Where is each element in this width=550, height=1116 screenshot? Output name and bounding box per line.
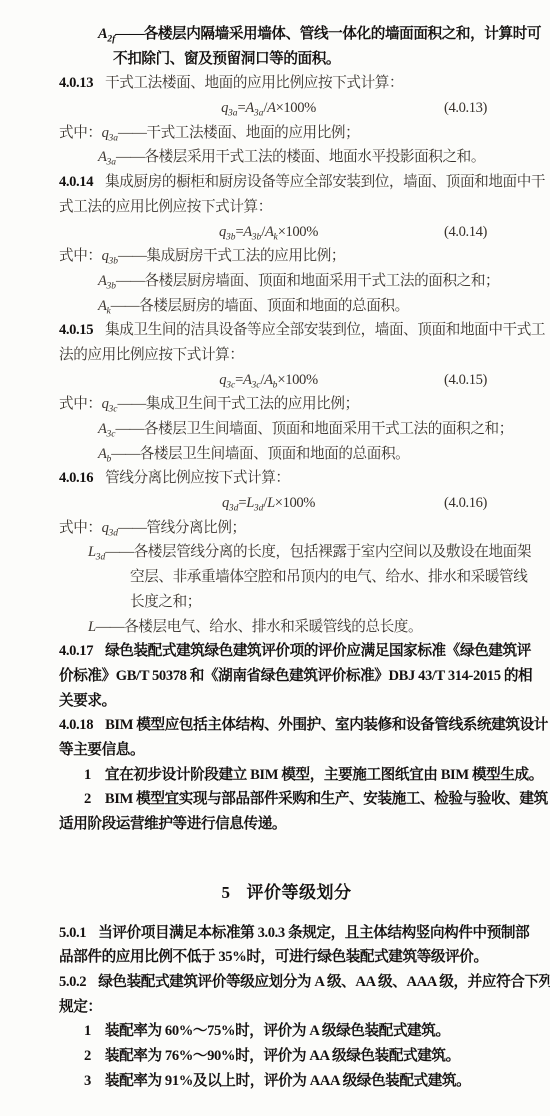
equation-number: (4.0.13) <box>444 96 487 121</box>
text-run: 管线分离比例应按下式计算： <box>105 470 290 486</box>
doc-line: 3装配率为 91%及以上时，评价为 AAA 级绿色装配式建筑。 <box>84 1069 514 1094</box>
text-run: ×100% <box>275 495 315 511</box>
doc-line: 5.0.1当评价项目满足本标准第 3.0.3 条规定，且主体结构竖向构件中预制部 <box>59 921 514 946</box>
text-run: 装配率为 60%～75%时，评价为 A 级绿色装配式建筑。 <box>105 1023 450 1039</box>
text-run: 式工法的应用比例应按下式计算： <box>59 199 272 215</box>
text-run: ——集成卫生间干式工法的应用比例； <box>117 396 358 412</box>
text-run: 等主要信息。 <box>59 742 144 758</box>
text-run: BIM 模型应包括主体结构、外围护、室内装修和设备管线系统建筑设计 <box>105 717 548 733</box>
text-run: 当评价项目满足本标准第 3.0.3 条规定，且主体结构竖向构件中预制部 <box>98 925 529 941</box>
doc-line: 4.0.13干式工法楼面、地面的应用比例应按下式计算： <box>59 71 514 96</box>
clause-number: 2 <box>84 1048 91 1064</box>
equation-number: (4.0.16) <box>444 491 487 516</box>
clause-number: 5 <box>222 883 231 902</box>
math-symbol: A3a <box>245 100 263 116</box>
math-symbol: A3b <box>98 273 116 289</box>
text-run: ——各楼层内隔墙采用墙体、管线一体化的墙面面积之和，计算时可 <box>115 26 541 42</box>
text-run: 长度之和； <box>130 594 201 610</box>
text-run: 装配率为 91%及以上时，评价为 AAA 级绿色装配式建筑。 <box>105 1073 470 1089</box>
math-symbol: q3b <box>102 248 118 264</box>
formula-line: q3d=L3d/L×100%(4.0.16) <box>59 491 514 516</box>
doc-line: 等主要信息。 <box>59 738 514 763</box>
text-run: 装配率为 76%～90%时，评价为 AA 级绿色装配式建筑。 <box>105 1048 460 1064</box>
clause-number: 4.0.13 <box>59 75 93 91</box>
equation: q3a=A3a/A×100% <box>221 96 316 121</box>
text-run: 式中： <box>59 125 102 141</box>
math-symbol: A3b <box>243 224 261 240</box>
doc-line: 式中：q3b——集成厨房干式工法的应用比例； <box>59 244 514 269</box>
math-symbol: A3c <box>243 372 260 388</box>
equation: q3c=A3c/Ab×100% <box>219 368 317 393</box>
text-run: ——管线分离比例； <box>118 520 246 536</box>
doc-line: 空层、非承重墙体空腔和吊顶内的电气、给水、排水和采暖管线 <box>130 565 514 590</box>
math-symbol: L <box>267 495 275 511</box>
text-run: 评价等级划分 <box>247 883 352 902</box>
doc-line: 规定： <box>59 995 514 1020</box>
clause-number: 3 <box>84 1073 91 1089</box>
text-run: ——干式工法楼面、地面的应用比例； <box>118 125 359 141</box>
text-run: 价标准》GB/T 50378 和《湖南省绿色建筑评价标准》DBJ 43/T 31… <box>59 668 532 684</box>
text-run: BIM 模型宜实现与部品部件采购和生产、安装施工、检验与验收、建筑 <box>105 791 548 807</box>
doc-line: 4.0.17绿色装配式建筑绿色建筑评价项的评价应满足国家标准《绿色建筑评 <box>59 639 514 664</box>
section-heading: 5评价等级划分 <box>59 881 514 905</box>
doc-line: 2装配率为 76%～90%时，评价为 AA 级绿色装配式建筑。 <box>84 1044 514 1069</box>
doc-line: 式中：q3a——干式工法楼面、地面的应用比例； <box>59 121 514 146</box>
doc-line: L3d——各楼层管线分离的长度，包括裸露于室内空间以及敷设在地面架 <box>88 540 514 565</box>
clause-number: 4.0.18 <box>59 717 93 733</box>
text-run: = <box>235 372 243 388</box>
doc-line: A3c——各楼层卫生间墙面、顶面和地面采用干式工法的面积之和； <box>98 417 514 442</box>
math-symbol: q3d <box>102 520 118 536</box>
math-symbol: q3a <box>221 100 237 116</box>
math-symbol: L3d <box>88 544 105 560</box>
clause-number: 4.0.17 <box>59 643 93 659</box>
math-symbol: Ab <box>264 372 277 388</box>
math-symbol: q3a <box>102 125 118 141</box>
doc-line: 式中：q3c——集成卫生间干式工法的应用比例； <box>59 392 514 417</box>
clause-number: 1 <box>84 1023 91 1039</box>
math-symbol: Ab <box>98 446 111 462</box>
text-run: 集成卫生间的洁具设备等应全部安装到位，墙面、顶面和地面中干式工 <box>105 322 545 338</box>
clause-number: 4.0.16 <box>59 470 93 486</box>
doc-line: Ab——各楼层卫生间墙面、顶面和地面的总面积。 <box>98 442 514 467</box>
text-run: 品部件的应用比例不低于 35%时，可进行绿色装配式建筑等级评价。 <box>59 949 488 965</box>
clause-number: 5.0.1 <box>59 925 86 941</box>
text-run: ——各楼层卫生间墙面、顶面和地面采用干式工法的面积之和； <box>115 421 512 437</box>
doc-line: 4.0.18BIM 模型应包括主体结构、外围护、室内装修和设备管线系统建筑设计 <box>59 713 514 738</box>
equation: q3d=L3d/L×100% <box>222 491 315 516</box>
doc-line: 式工法的应用比例应按下式计算： <box>59 195 514 220</box>
doc-line: 式中：q3d——管线分离比例； <box>59 516 514 541</box>
doc-line: 不扣除门、窗及预留洞口等的面积。 <box>113 47 514 72</box>
doc-line: L——各楼层电气、给水、排水和采暖管线的总长度。 <box>88 615 514 640</box>
text-run: ——各楼层采用干式工法的楼面、地面水平投影面积之和。 <box>116 149 485 165</box>
math-symbol: A3a <box>98 149 116 165</box>
doc-line: 4.0.15集成卫生间的洁具设备等应全部安装到位，墙面、顶面和地面中干式工 <box>59 318 514 343</box>
formula-line: q3c=A3c/Ab×100%(4.0.15) <box>59 368 514 393</box>
clause-number: 1 <box>84 767 91 783</box>
math-symbol: q3d <box>222 495 238 511</box>
text-run: 绿色装配式建筑评价等级应划分为 A 级、AA 级、AAA 级，并应符合下列 <box>98 974 550 990</box>
doc-line: A3a——各楼层采用干式工法的楼面、地面水平投影面积之和。 <box>98 145 514 170</box>
math-symbol: A3c <box>98 421 115 437</box>
doc-line: 适用阶段运营维护等进行信息传递。 <box>59 812 514 837</box>
math-symbol: Ak <box>265 224 278 240</box>
text-run: 集成厨房的橱柜和厨房设备等应全部安装到位，墙面、顶面和地面中干 <box>105 174 545 190</box>
text-run: ——集成厨房干式工法的应用比例； <box>118 248 345 264</box>
text-run: ×100% <box>276 100 316 116</box>
doc-line: 4.0.14集成厨房的橱柜和厨房设备等应全部安装到位，墙面、顶面和地面中干 <box>59 170 514 195</box>
math-symbol: L3d <box>246 495 263 511</box>
doc-line: 5.0.2绿色装配式建筑评价等级应划分为 A 级、AA 级、AAA 级，并应符合… <box>59 970 514 995</box>
text-run: ——各楼层厨房的墙面、顶面和地面的总面积。 <box>111 298 409 314</box>
math-symbol: q3c <box>219 372 235 388</box>
doc-line: 1装配率为 60%～75%时，评价为 A 级绿色装配式建筑。 <box>84 1019 514 1044</box>
math-symbol: Ak <box>98 298 111 314</box>
equation: q3b=A3b/Ak×100% <box>219 220 318 245</box>
clause-number: 2 <box>84 791 91 807</box>
formula-line: q3b=A3b/Ak×100%(4.0.14) <box>59 220 514 245</box>
text-run: 干式工法楼面、地面的应用比例应按下式计算： <box>105 75 403 91</box>
doc-line: 关要求。 <box>59 689 514 714</box>
doc-line: 品部件的应用比例不低于 35%时，可进行绿色装配式建筑等级评价。 <box>59 945 514 970</box>
text-run: ——各楼层卫生间墙面、顶面和地面的总面积。 <box>111 446 409 462</box>
doc-line: 1宜在初步设计阶段建立 BIM 模型，主要施工图纸宜由 BIM 模型生成。 <box>84 763 514 788</box>
text-run: ×100% <box>278 224 318 240</box>
clause-number: 4.0.14 <box>59 174 93 190</box>
text-run: ——各楼层厨房墙面、顶面和地面采用干式工法的面积之和； <box>116 273 499 289</box>
doc-line: 4.0.16管线分离比例应按下式计算： <box>59 466 514 491</box>
document-page: A2f——各楼层内隔墙采用墙体、管线一体化的墙面面积之和，计算时可不扣除门、窗及… <box>0 0 550 1116</box>
math-symbol: q3c <box>102 396 118 412</box>
text-run: 规定： <box>59 999 102 1015</box>
doc-line: A2f——各楼层内隔墙采用墙体、管线一体化的墙面面积之和，计算时可 <box>98 22 514 47</box>
text-run: 式中： <box>59 396 102 412</box>
text-run: ——各楼层电气、给水、排水和采暖管线的总长度。 <box>96 619 422 635</box>
formula-line: q3a=A3a/A×100%(4.0.13) <box>59 96 514 121</box>
text-run: 法的应用比例应按下式计算： <box>59 347 244 363</box>
doc-line: 长度之和； <box>130 590 514 615</box>
math-symbol: A2f <box>98 26 115 42</box>
math-symbol: q3b <box>219 224 235 240</box>
equation-number: (4.0.15) <box>444 368 487 393</box>
math-symbol: L <box>88 619 96 635</box>
text-run: 适用阶段运营维护等进行信息传递。 <box>59 816 286 832</box>
doc-line: A3b——各楼层厨房墙面、顶面和地面采用干式工法的面积之和； <box>98 269 514 294</box>
text-run: ×100% <box>277 372 317 388</box>
text-run: 关要求。 <box>59 693 116 709</box>
clause-number: 5.0.2 <box>59 974 86 990</box>
text-run: 宜在初步设计阶段建立 BIM 模型，主要施工图纸宜由 BIM 模型生成。 <box>105 767 543 783</box>
text-run: 式中： <box>59 248 102 264</box>
text-run: 式中： <box>59 520 102 536</box>
text-run: 空层、非承重墙体空腔和吊顶内的电气、给水、排水和采暖管线 <box>130 569 527 585</box>
text-run: ——各楼层管线分离的长度，包括裸露于室内空间以及敷设在地面架 <box>105 544 531 560</box>
doc-line: 2BIM 模型宜实现与部品部件采购和生产、安装施工、检验与验收、建筑 <box>84 787 514 812</box>
doc-line: 法的应用比例应按下式计算： <box>59 343 514 368</box>
doc-line: Ak——各楼层厨房的墙面、顶面和地面的总面积。 <box>98 294 514 319</box>
clause-number: 4.0.15 <box>59 322 93 338</box>
text-run: 不扣除门、窗及预留洞口等的面积。 <box>113 51 340 67</box>
equation-number: (4.0.14) <box>444 220 487 245</box>
doc-line: 价标准》GB/T 50378 和《湖南省绿色建筑评价标准》DBJ 43/T 31… <box>59 664 514 689</box>
text-run: 绿色装配式建筑绿色建筑评价项的评价应满足国家标准《绿色建筑评 <box>105 643 531 659</box>
